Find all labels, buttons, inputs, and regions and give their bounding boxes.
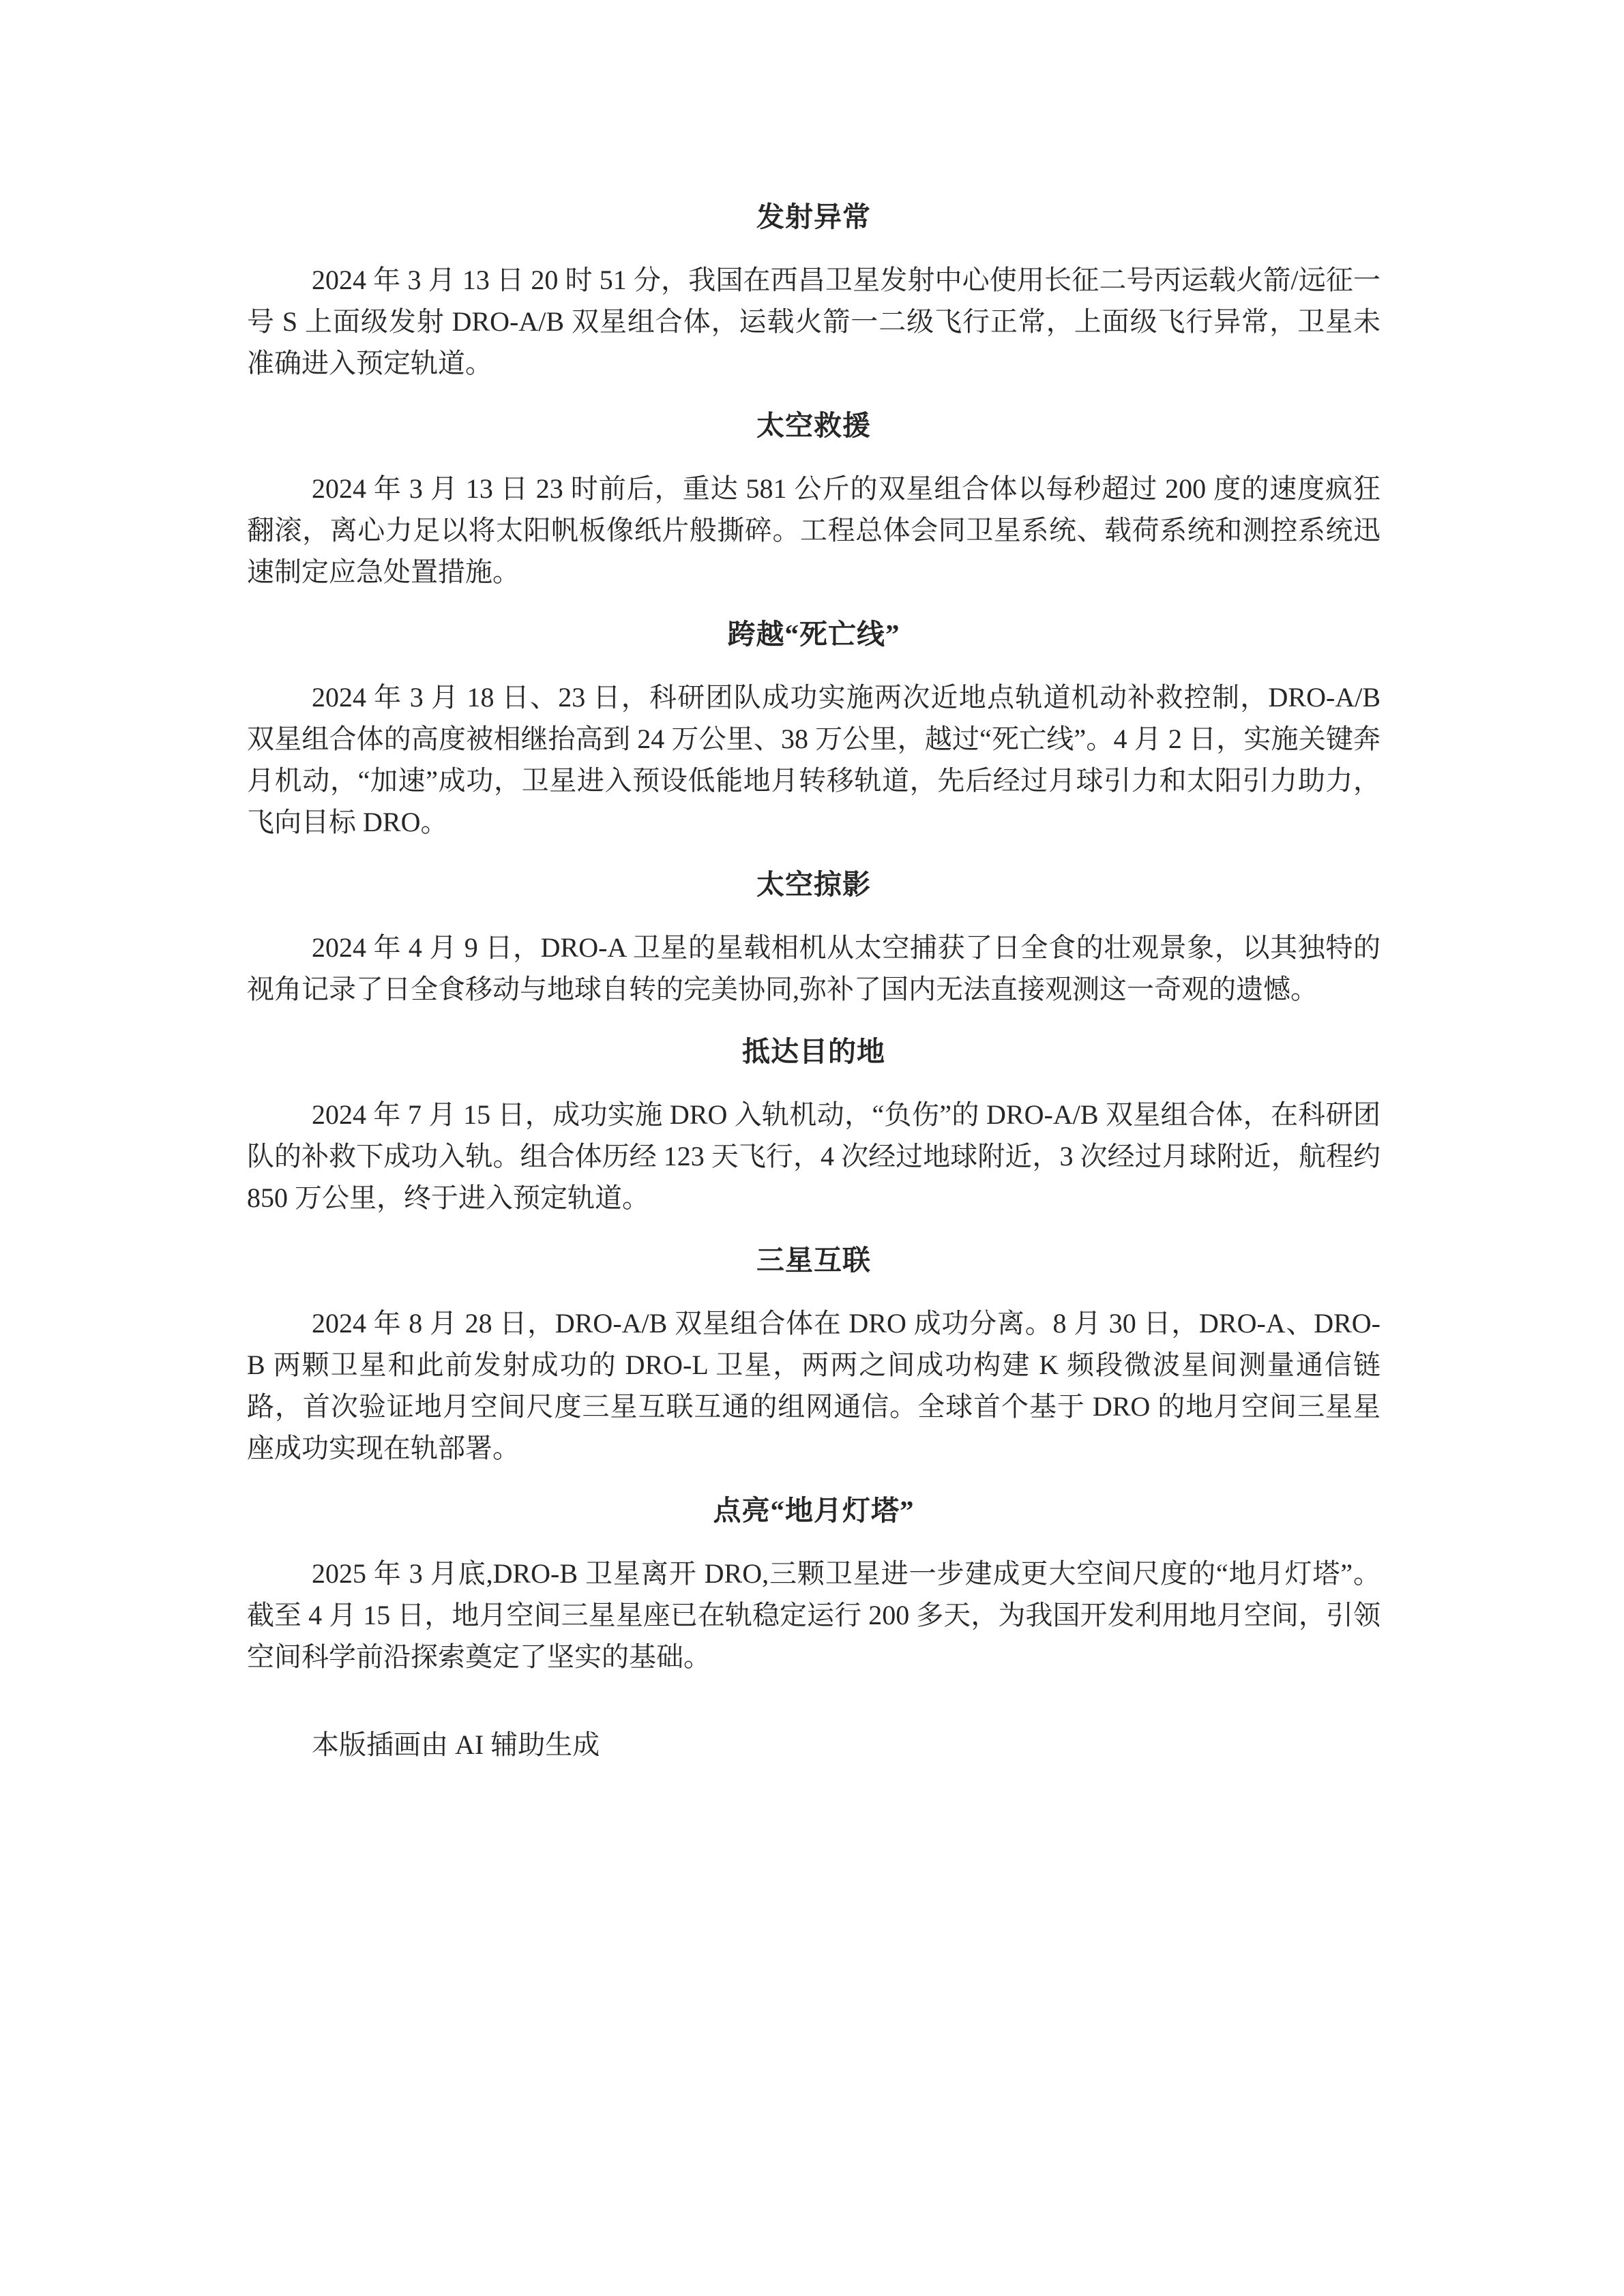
section-paragraph: 2025 年 3 月底,DRO-B 卫星离开 DRO,三颗卫星进一步建成更大空间… bbox=[247, 1553, 1381, 1678]
section-three-satellite-interlink: 三星互联 2024 年 8 月 28 日，DRO-A/B 双星组合体在 DRO … bbox=[247, 1240, 1381, 1469]
section-arrival-destination: 抵达目的地 2024 年 7 月 15 日，成功实施 DRO 入轨机动，“负伤”… bbox=[247, 1031, 1381, 1219]
section-heading: 点亮“地月灯塔” bbox=[247, 1490, 1381, 1532]
section-heading: 发射异常 bbox=[247, 196, 1381, 238]
section-space-snapshot: 太空掠影 2024 年 4 月 9 日，DRO-A 卫星的星载相机从太空捕获了日… bbox=[247, 864, 1381, 1010]
section-heading: 抵达目的地 bbox=[247, 1031, 1381, 1073]
section-earth-moon-lighthouse: 点亮“地月灯塔” 2025 年 3 月底,DRO-B 卫星离开 DRO,三颗卫星… bbox=[247, 1490, 1381, 1678]
section-paragraph: 2024 年 7 月 15 日，成功实施 DRO 入轨机动，“负伤”的 DRO-… bbox=[247, 1094, 1381, 1219]
section-space-rescue: 太空救援 2024 年 3 月 13 日 23 时前后，重达 581 公斤的双星… bbox=[247, 405, 1381, 593]
section-heading: 跨越“死亡线” bbox=[247, 614, 1381, 655]
section-paragraph: 2024 年 3 月 18 日、23 日，科研团队成功实施两次近地点轨道机动补救… bbox=[247, 676, 1381, 843]
section-heading: 太空救援 bbox=[247, 405, 1381, 447]
section-paragraph: 2024 年 3 月 13 日 23 时前后，重达 581 公斤的双星组合体以每… bbox=[247, 468, 1381, 593]
document-page: 发射异常 2024 年 3 月 13 日 20 时 51 分，我国在西昌卫星发射… bbox=[0, 0, 1624, 2296]
section-heading: 太空掠影 bbox=[247, 864, 1381, 906]
section-crossing-death-line: 跨越“死亡线” 2024 年 3 月 18 日、23 日，科研团队成功实施两次近… bbox=[247, 614, 1381, 843]
section-launch-anomaly: 发射异常 2024 年 3 月 13 日 20 时 51 分，我国在西昌卫星发射… bbox=[247, 196, 1381, 384]
section-paragraph: 2024 年 4 月 9 日，DRO-A 卫星的星载相机从太空捕获了日全食的壮观… bbox=[247, 927, 1381, 1010]
section-heading: 三星互联 bbox=[247, 1240, 1381, 1281]
section-paragraph: 2024 年 3 月 13 日 20 时 51 分，我国在西昌卫星发射中心使用长… bbox=[247, 259, 1381, 384]
section-paragraph: 2024 年 8 月 28 日，DRO-A/B 双星组合体在 DRO 成功分离。… bbox=[247, 1302, 1381, 1469]
illustration-credit-note: 本版插画由 AI 辅助生成 bbox=[247, 1724, 1381, 1765]
